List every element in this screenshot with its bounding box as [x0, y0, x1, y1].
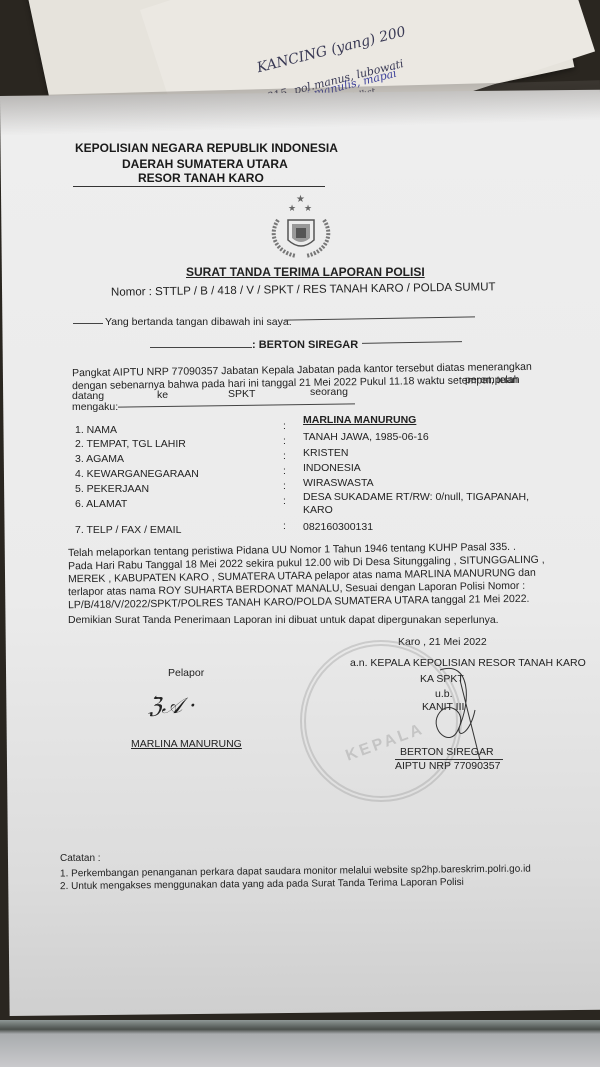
field-label-tempat-tgl-lahir: 2. TEMPAT, TGL LAHIR	[75, 438, 186, 450]
intro-line-4: mengaku:	[72, 401, 118, 413]
police-report-document: KEPOLISIAN NEGARA REPUBLIK INDONESIA DAE…	[0, 0, 600, 1067]
dash-line	[362, 341, 462, 344]
field-label-telp: 7. TELP / FAX / EMAIL	[75, 524, 181, 536]
dash-line	[118, 403, 355, 407]
field-separator: :	[283, 420, 286, 432]
field-separator: :	[283, 480, 286, 492]
header-region: DAERAH SUMATERA UTARA	[122, 157, 288, 171]
intro-word-seorang: seorang	[310, 386, 348, 398]
field-separator: :	[283, 435, 286, 447]
header-resort: RESOR TANAH KARO	[138, 171, 264, 185]
intro-word-spkt: SPKT	[228, 388, 255, 400]
header-institution: KEPOLISIAN NEGARA REPUBLIK INDONESIA	[75, 141, 338, 155]
closing-text: Demikian Surat Tanda Penerimaan Laporan …	[68, 614, 499, 626]
signatory-intro-text: Yang bertanda tangan dibawah ini saya:	[105, 316, 292, 328]
reporter-name: MARLINA MANURUNG	[131, 738, 242, 750]
official-nrp: AIPTU NRP 77090357	[395, 760, 500, 772]
field-label-nama: 1. NAMA	[75, 424, 117, 436]
document-number: Nomor : STTLP / B / 418 / V / SPKT / RES…	[111, 281, 496, 298]
signatory-separator: :	[355, 339, 358, 351]
field-value-nama: MARLINA MANURUNG	[303, 414, 416, 426]
reporter-label: Pelapor	[168, 667, 204, 679]
official-name: BERTON SIREGAR	[400, 746, 494, 758]
dash-line	[150, 347, 252, 348]
field-separator: :	[283, 495, 286, 507]
intro-word-perempuan: perempuan	[465, 374, 518, 386]
document-title: SURAT TANDA TERIMA LAPORAN POLISI	[186, 265, 425, 279]
signatory-name: : BERTON SIREGAR	[252, 339, 358, 351]
field-value-pekerjaan: WIRASWASTA	[303, 477, 374, 489]
field-separator: :	[283, 520, 286, 532]
field-value-alamat-cont: KARO	[303, 504, 333, 516]
field-separator: :	[283, 450, 286, 462]
notes-title: Catatan :	[60, 853, 101, 864]
police-emblem-icon: ★ ★ ★	[266, 190, 336, 260]
field-separator: :	[283, 465, 286, 477]
field-label-kewarganegaraan: 4. KEWARGANEGARAAN	[75, 468, 199, 480]
field-value-tempat-tgl-lahir: TANAH JAWA, 1985-06-16	[303, 431, 429, 443]
field-value-alamat: DESA SUKADAME RT/RW: 0/null, TIGAPANAH,	[303, 491, 529, 503]
note-item-2: 2. Untuk mengakses menggunakan data yang…	[60, 877, 464, 892]
header-divider	[73, 186, 325, 187]
dash-line	[73, 323, 103, 324]
reporter-signature: ℨ𝒜 ·	[148, 694, 196, 719]
field-value-telp: 082160300131	[303, 521, 373, 533]
svg-text:★: ★	[304, 204, 312, 214]
field-value-kewarganegaraan: INDONESIA	[303, 462, 361, 474]
field-label-alamat: 6. ALAMAT	[75, 498, 127, 510]
field-label-agama: 3. AGAMA	[75, 453, 124, 465]
intro-word-ke: ke	[157, 389, 168, 401]
svg-text:★: ★	[288, 204, 296, 214]
field-value-agama: KRISTEN	[303, 447, 349, 459]
field-label-pekerjaan: 5. PEKERJAAN	[75, 483, 149, 495]
dash-line	[285, 316, 475, 320]
